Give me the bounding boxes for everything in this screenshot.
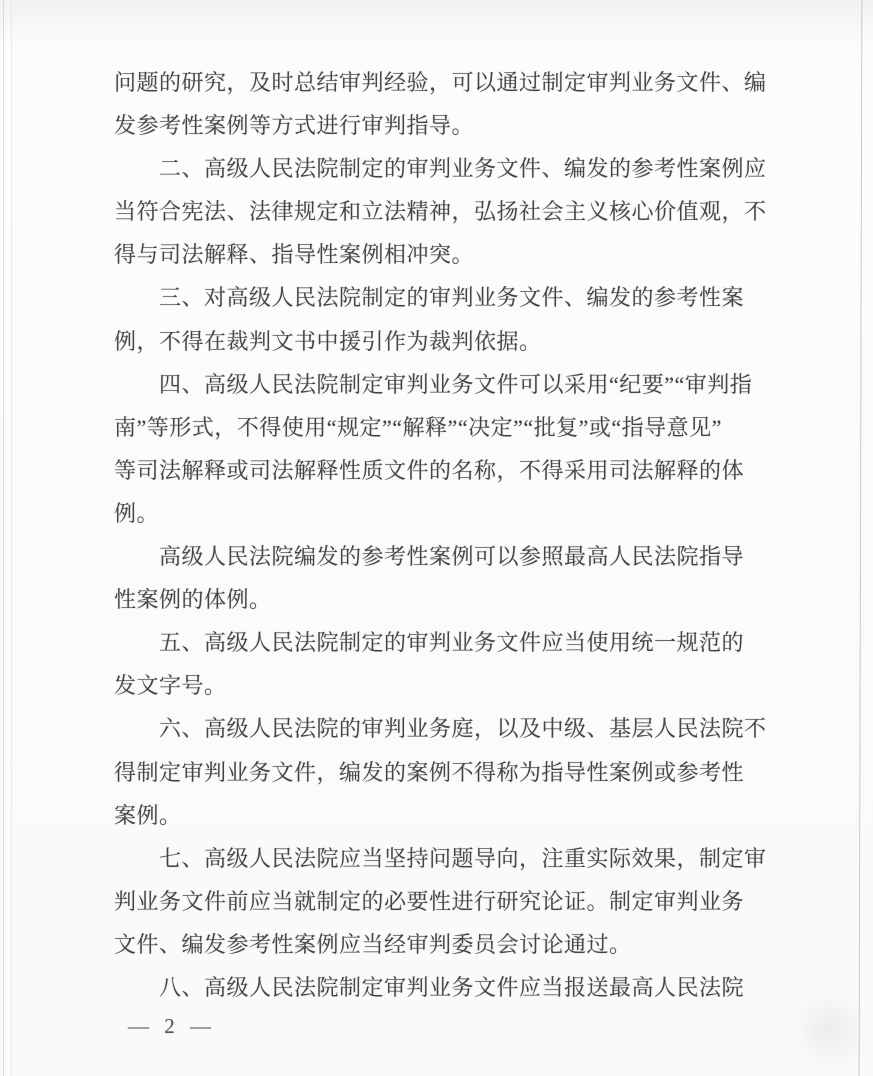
- text-line: 二、高级人民法院制定的审判业务文件、编发的参考性案例应: [114, 147, 770, 190]
- text-line: 判业务文件前应当就制定的必要性进行研究论证。制定审判业务: [114, 880, 770, 923]
- text-line: 高级人民法院编发的参考性案例可以参照最高人民法院指导: [114, 535, 770, 578]
- text-line: 三、对高级人民法院制定的审判业务文件、编发的参考性案: [114, 276, 770, 319]
- page-left-edge-line: [3, 0, 4, 1076]
- text-line: 文件、编发参考性案例应当经审判委员会讨论通过。: [114, 923, 770, 966]
- text-line: 得制定审判业务文件，编发的案例不得称为指导性案例或参考性: [114, 751, 770, 794]
- document-page: 问题的研究，及时总结审判经验，可以通过制定审判业务文件、编发参考性案例等方式进行…: [0, 0, 873, 1076]
- text-line: 四、高级人民法院制定审判业务文件可以采用“纪要”“审判指: [114, 363, 770, 406]
- text-line: 当符合宪法、法律规定和立法精神，弘扬社会主义核心价值观，不: [114, 190, 770, 233]
- text-line: 问题的研究，及时总结审判经验，可以通过制定审判业务文件、编: [114, 61, 770, 104]
- text-line: 等司法解释或司法解释性质文件的名称，不得采用司法解释的体: [114, 449, 770, 492]
- text-line: 案例。: [114, 794, 770, 837]
- text-line: 五、高级人民法院制定的审判业务文件应当使用统一规范的: [114, 621, 770, 664]
- page-right-edge-line: [859, 0, 863, 1076]
- text-line: 性案例的体例。: [114, 578, 770, 621]
- text-line: 例，不得在裁判文书中援引作为裁判依据。: [114, 320, 770, 363]
- document-body: 问题的研究，及时总结审判经验，可以通过制定审判业务文件、编发参考性案例等方式进行…: [114, 61, 770, 1009]
- page-left-edge-line-2: [11, 0, 12, 1076]
- text-line: 发文字号。: [114, 664, 770, 707]
- text-line: 七、高级人民法院应当坚持问题导向，注重实际效果，制定审: [114, 837, 770, 880]
- scan-smudge-top: [0, 0, 873, 46]
- text-line: 例。: [114, 492, 770, 535]
- text-line: 发参考性案例等方式进行审判指导。: [114, 104, 770, 147]
- text-line: 南”等形式，不得使用“规定”“解释”“决定”“批复”或“指导意见”: [114, 406, 770, 449]
- text-line: 得与司法解释、指导性案例相冲突。: [114, 233, 770, 276]
- page-number: — 2 —: [128, 1014, 216, 1039]
- text-line: 八、高级人民法院制定审判业务文件应当报送最高人民法院: [114, 966, 770, 1009]
- text-line: 六、高级人民法院的审判业务庭，以及中级、基层人民法院不: [114, 707, 770, 750]
